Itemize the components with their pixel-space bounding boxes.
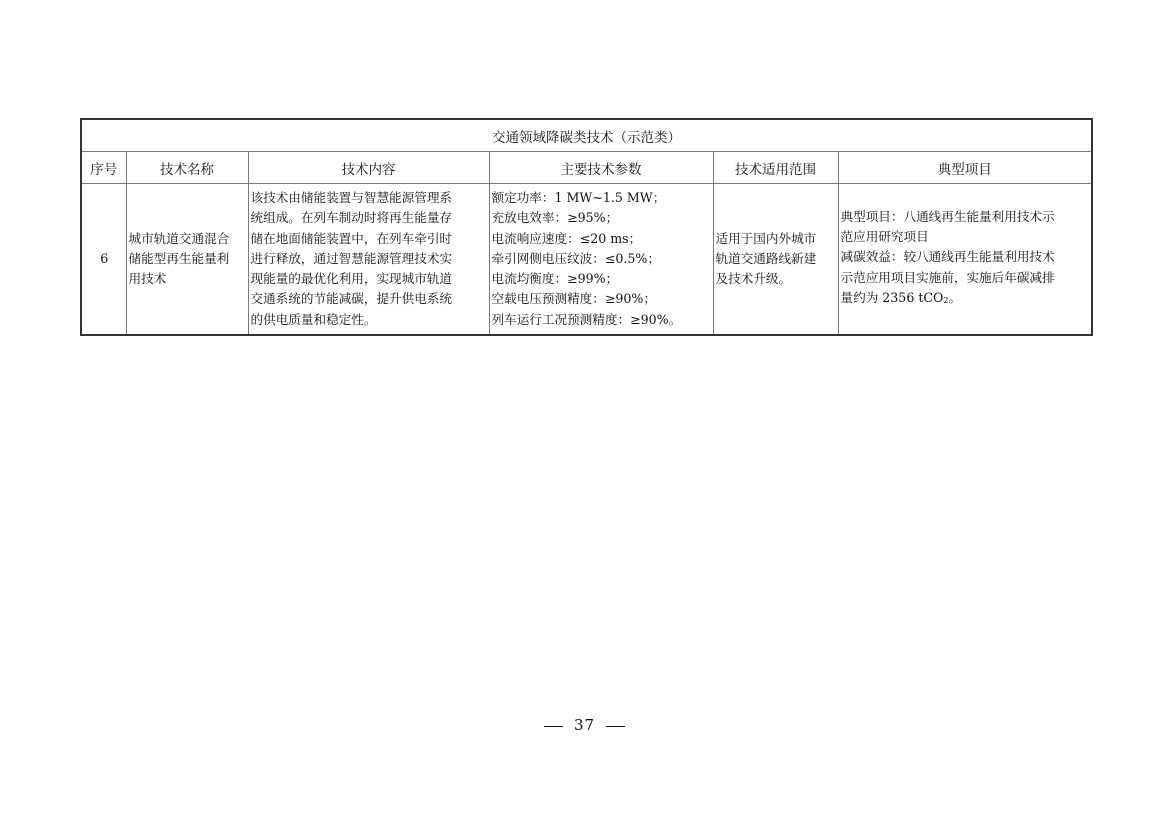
- content-line: 交通系统的节能减碳，提升供电系统: [251, 289, 488, 309]
- param-efficiency: 充放电效率：≥95%；: [492, 208, 712, 228]
- row-tech-name: 城市轨道交通混合 储能型再生能量利 用技术: [126, 184, 248, 336]
- row-index: 6: [81, 184, 126, 336]
- param-train-prediction: 列车运行工况预测精度：≥90%。: [492, 310, 712, 330]
- param-voltage-ripple: 牵引网侧电压纹波：≤0.5%；: [492, 249, 712, 269]
- page-footer: 37: [0, 716, 1169, 734]
- content-line: 现能量的最优化利用，实现城市轨道: [251, 269, 488, 289]
- scope-line: 适用于国内外城市: [716, 229, 837, 249]
- row-typical-project: 典型项目：八通线再生能量利用技术示 范应用研究项目 减碳效益：较八通线再生能量利…: [838, 184, 1092, 336]
- technology-table: 交通领域降碳类技术（示范类） 序号 技术名称 技术内容 主要技术参数 技术适用范…: [80, 118, 1093, 336]
- param-response-speed: 电流响应速度：≤20 ms；: [492, 229, 712, 249]
- project-line-emission: 量约为 2356 tCO2。: [841, 288, 1091, 311]
- content-line: 的供电质量和稳定性。: [251, 310, 488, 330]
- table-row: 6 城市轨道交通混合 储能型再生能量利 用技术 该技术由储能装置与智慧能源管理系…: [81, 184, 1092, 336]
- header-typical-project: 典型项目: [838, 152, 1092, 184]
- content-line: 储在地面储能装置中，在列车牵引时: [251, 229, 488, 249]
- project-line: 典型项目：八通线再生能量利用技术示: [841, 207, 1091, 227]
- scope-line: 轨道交通路线新建: [716, 249, 837, 269]
- project-line: 范应用研究项目: [841, 227, 1091, 247]
- table-title-row: 交通领域降碳类技术（示范类）: [81, 119, 1092, 152]
- project-line: 减碳效益：较八通线再生能量利用技术: [841, 247, 1091, 267]
- header-main-params: 主要技术参数: [489, 152, 713, 184]
- page-number: 37: [574, 716, 595, 734]
- header-scope: 技术适用范围: [713, 152, 838, 184]
- document-page: 交通领域降碳类技术（示范类） 序号 技术名称 技术内容 主要技术参数 技术适用范…: [0, 0, 1169, 826]
- content-line: 进行释放，通过智慧能源管理技术实: [251, 249, 488, 269]
- tech-name-line: 城市轨道交通混合: [129, 229, 247, 249]
- dash-left: [544, 726, 563, 727]
- content-line: 该技术由储能装置与智慧能源管理系: [251, 188, 488, 208]
- project-line: 示范应用项目实施前，实施后年碳减排: [841, 268, 1091, 288]
- table-header-row: 序号 技术名称 技术内容 主要技术参数 技术适用范围 典型项目: [81, 152, 1092, 184]
- param-voltage-prediction: 空载电压预测精度：≥90%；: [492, 289, 712, 309]
- dash-right: [606, 726, 625, 727]
- param-current-balance: 电流均衡度：≥99%；: [492, 269, 712, 289]
- scope-line: 及技术升级。: [716, 269, 837, 289]
- tech-name-line: 用技术: [129, 269, 247, 289]
- emission-suffix: 。: [948, 290, 961, 305]
- param-rated-power: 额定功率：1 MW~1.5 MW；: [492, 188, 712, 208]
- header-index: 序号: [81, 152, 126, 184]
- tech-name-line: 储能型再生能量利: [129, 249, 247, 269]
- row-main-params: 额定功率：1 MW~1.5 MW； 充放电效率：≥95%； 电流响应速度：≤20…: [489, 184, 713, 336]
- table-title: 交通领域降碳类技术（示范类）: [81, 119, 1092, 152]
- header-tech-content: 技术内容: [248, 152, 489, 184]
- row-tech-content: 该技术由储能装置与智慧能源管理系 统组成。在列车制动时将再生能量存 储在地面储能…: [248, 184, 489, 336]
- row-scope: 适用于国内外城市 轨道交通路线新建 及技术升级。: [713, 184, 838, 336]
- emission-text: 量约为 2356 tCO: [841, 290, 944, 305]
- content-line: 统组成。在列车制动时将再生能量存: [251, 208, 488, 228]
- header-tech-name: 技术名称: [126, 152, 248, 184]
